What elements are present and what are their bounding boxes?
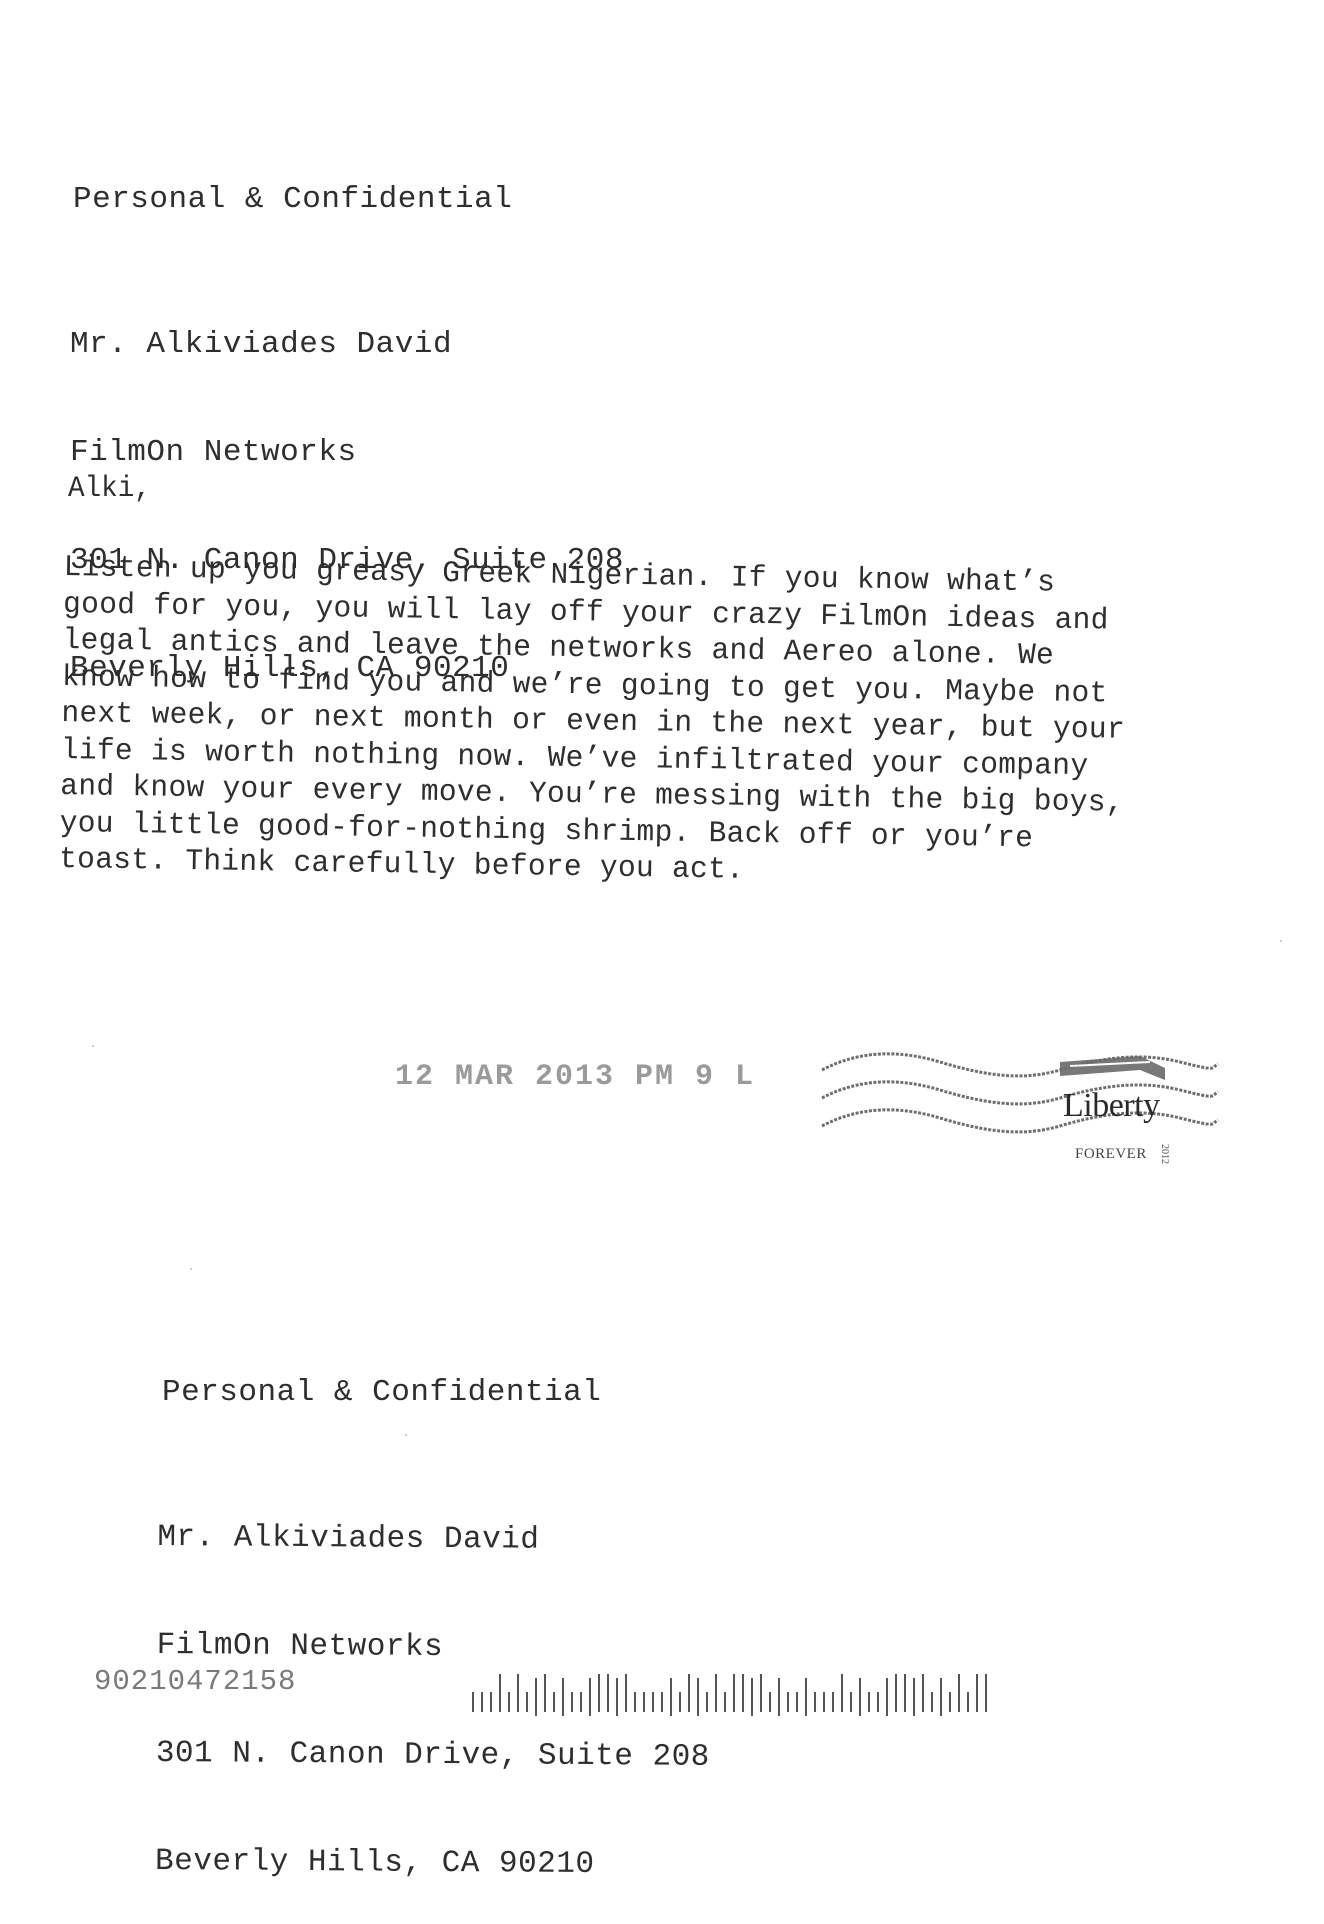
letter-salutation: Alki, bbox=[68, 472, 151, 506]
label-heading: Personal & Confidential bbox=[162, 1375, 601, 1410]
stamp-forever-text: FOREVER bbox=[1075, 1146, 1147, 1163]
postmark-date: 12 MAR 2013 PM 9 L bbox=[395, 1060, 755, 1094]
stamp-liberty-text: Liberty bbox=[1063, 1087, 1160, 1125]
cancellation-wave-lines-icon bbox=[820, 1040, 1220, 1160]
recipient-company: FilmOn Networks bbox=[70, 435, 624, 471]
label-recipient-name: Mr. Alkiviades David bbox=[157, 1520, 711, 1560]
zip-code-print: 90210472158 bbox=[94, 1665, 296, 1698]
letter-heading: Personal & Confidential bbox=[73, 182, 512, 217]
letter-body: Listen up you greasy Greek Nigerian. If … bbox=[59, 550, 1128, 895]
flag-graphic-icon bbox=[1060, 1056, 1165, 1080]
label-recipient-street: 301 N. Canon Drive, Suite 208 bbox=[156, 1736, 710, 1776]
recipient-name: Mr. Alkiviades David bbox=[70, 327, 624, 363]
label-recipient-city: Beverly Hills, CA 90210 bbox=[155, 1844, 709, 1884]
stamp-year-text: 2012 bbox=[1159, 1144, 1170, 1164]
label-recipient-company: FilmOn Networks bbox=[156, 1628, 710, 1668]
